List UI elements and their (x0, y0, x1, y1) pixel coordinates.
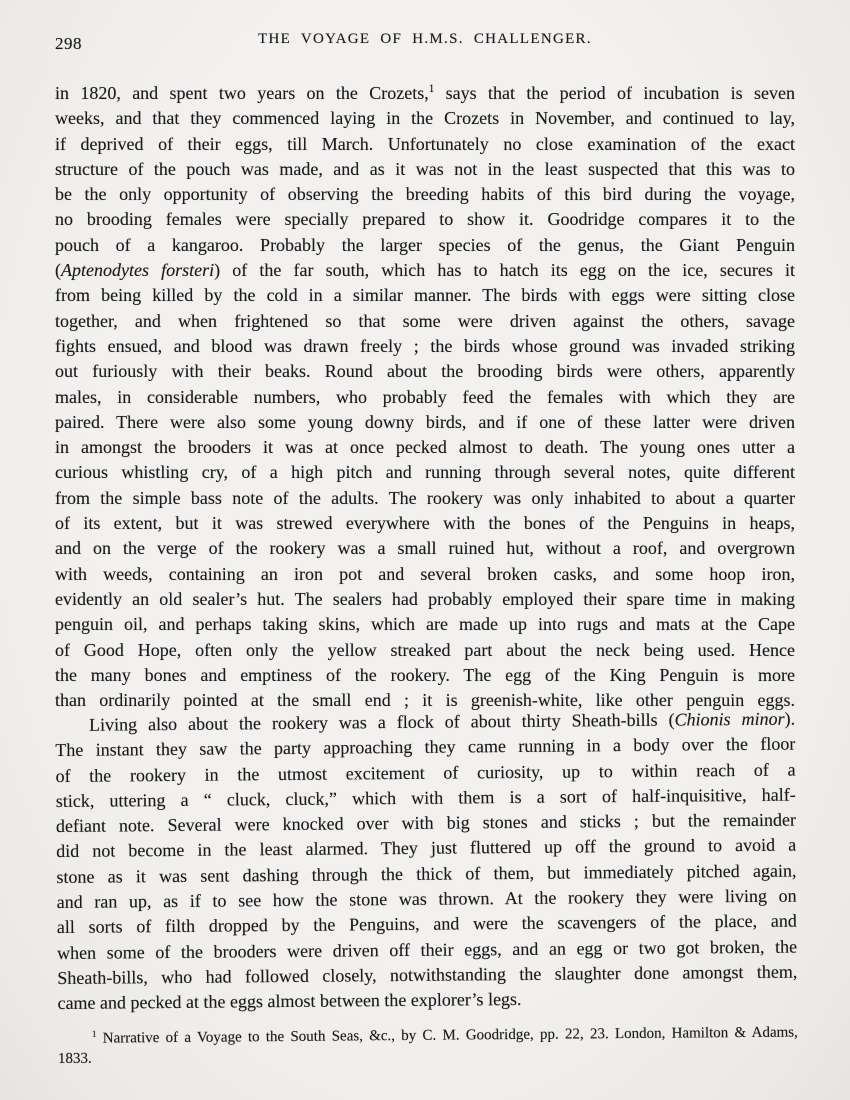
text-line: of its extent, but it was strewed everyw… (55, 511, 795, 536)
text-line: and on the verge of the rookery was a sm… (55, 536, 795, 561)
text-line: the many bones and emptiness of the rook… (55, 663, 795, 688)
page-header: 298 THE VOYAGE OF H.M.S. CHALLENGER. (55, 31, 795, 55)
text-block: in 1820, and spent two years on the Croz… (55, 81, 795, 1069)
text-line: together, and when frightened so that so… (55, 309, 795, 334)
text-line: pouch of a kangaroo. Probably the larger… (55, 233, 795, 258)
footnote-reference-mark: 1 (92, 1030, 97, 1040)
text-line: with weeds, containing an iron pot and s… (55, 562, 795, 587)
footnote-reference-mark: 1 (429, 83, 435, 95)
running-title: THE VOYAGE OF H.M.S. CHALLENGER. (55, 31, 795, 48)
species-name-italic: Aptenodytes forsteri (61, 260, 214, 280)
scan-tilted-section: Living also about the rookery was a floc… (55, 707, 798, 1069)
text-line: came and pecked at the eggs almost betwe… (57, 985, 797, 1017)
text-line: from being killed by the cold in a simil… (55, 283, 795, 308)
species-name-italic: Chionis minor (674, 709, 784, 730)
text-line: from the simple bass note of the adults.… (55, 486, 795, 511)
text-line: evidently an old sealer’s hut. The seale… (55, 587, 795, 612)
text-line: no brooding females were specially prepa… (55, 207, 795, 232)
text-line: be the only opportunity of observing the… (55, 182, 795, 207)
scanned-book-page: 298 THE VOYAGE OF H.M.S. CHALLENGER. in … (0, 0, 850, 1100)
body-paragraph: Living also about the rookery was a floc… (55, 707, 798, 1017)
body-paragraph: in 1820, and spent two years on the Croz… (55, 81, 795, 713)
text-line: structure of the pouch was made, and as … (55, 157, 795, 182)
text-line: in amongst the brooders it was at once p… (55, 435, 795, 460)
text-line: males, in considerable numbers, who prob… (55, 385, 795, 410)
text-line: fights ensued, and blood was drawn freel… (55, 334, 795, 359)
text-line: weeks, and that they commenced laying in… (55, 106, 795, 131)
text-line: (Aptenodytes forsteri) of the far south,… (55, 258, 795, 283)
text-line: in 1820, and spent two years on the Croz… (55, 81, 795, 106)
text-line: if deprived of their eggs, till March. U… (55, 132, 795, 157)
page-number: 298 (55, 34, 82, 54)
text-line: curious whistling cry, of a high pitch a… (55, 460, 795, 485)
footnote: 1 Narrative of a Voyage to the South Sea… (58, 1023, 798, 1069)
text-line: of Good Hope, often only the yellow stre… (55, 638, 795, 663)
text-line: out furiously with their beaks. Round ab… (55, 359, 795, 384)
text-line: paired. There were also some young downy… (55, 410, 795, 435)
text-line: penguin oil, and perhaps taking skins, w… (55, 612, 795, 637)
